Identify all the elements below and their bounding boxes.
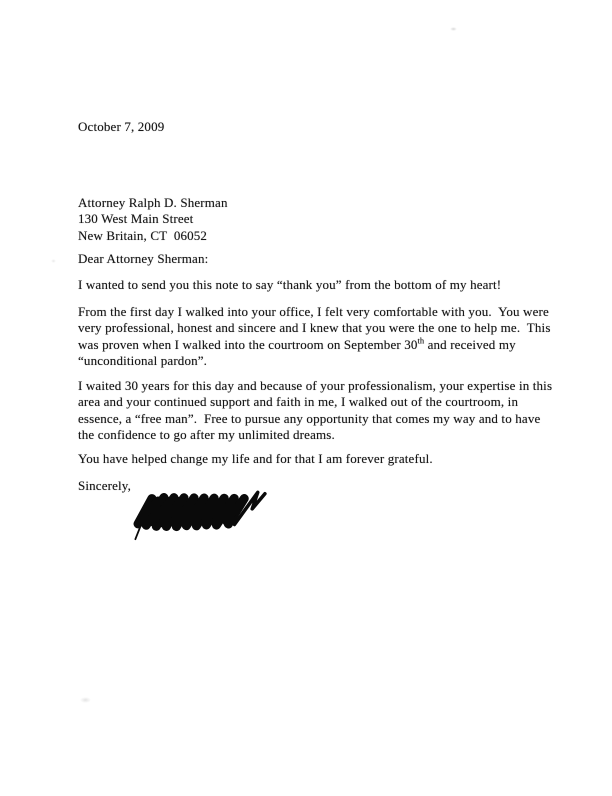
body-paragraph-4: You have helped change my life and for t… (78, 451, 433, 467)
body-paragraph-3: I waited 30 years for this day and becau… (78, 378, 552, 444)
scan-artifact (51, 259, 56, 263)
closing: Sincerely, (78, 478, 131, 494)
salutation: Dear Attorney Sherman: (78, 251, 208, 267)
letter-date: October 7, 2009 (78, 119, 164, 135)
recipient-address: Attorney Ralph D. Sherman 130 West Main … (78, 195, 228, 244)
body-paragraph-1: I wanted to send you this note to say “t… (78, 277, 501, 293)
body-paragraph-2: From the first day I walked into your of… (78, 304, 551, 370)
redacted-signature-scribble-icon (128, 476, 282, 543)
signature-redaction (128, 476, 282, 543)
scan-artifact (450, 27, 457, 31)
scan-artifact (80, 697, 91, 703)
letter-page: October 7, 2009 Attorney Ralph D. Sherma… (0, 0, 612, 796)
